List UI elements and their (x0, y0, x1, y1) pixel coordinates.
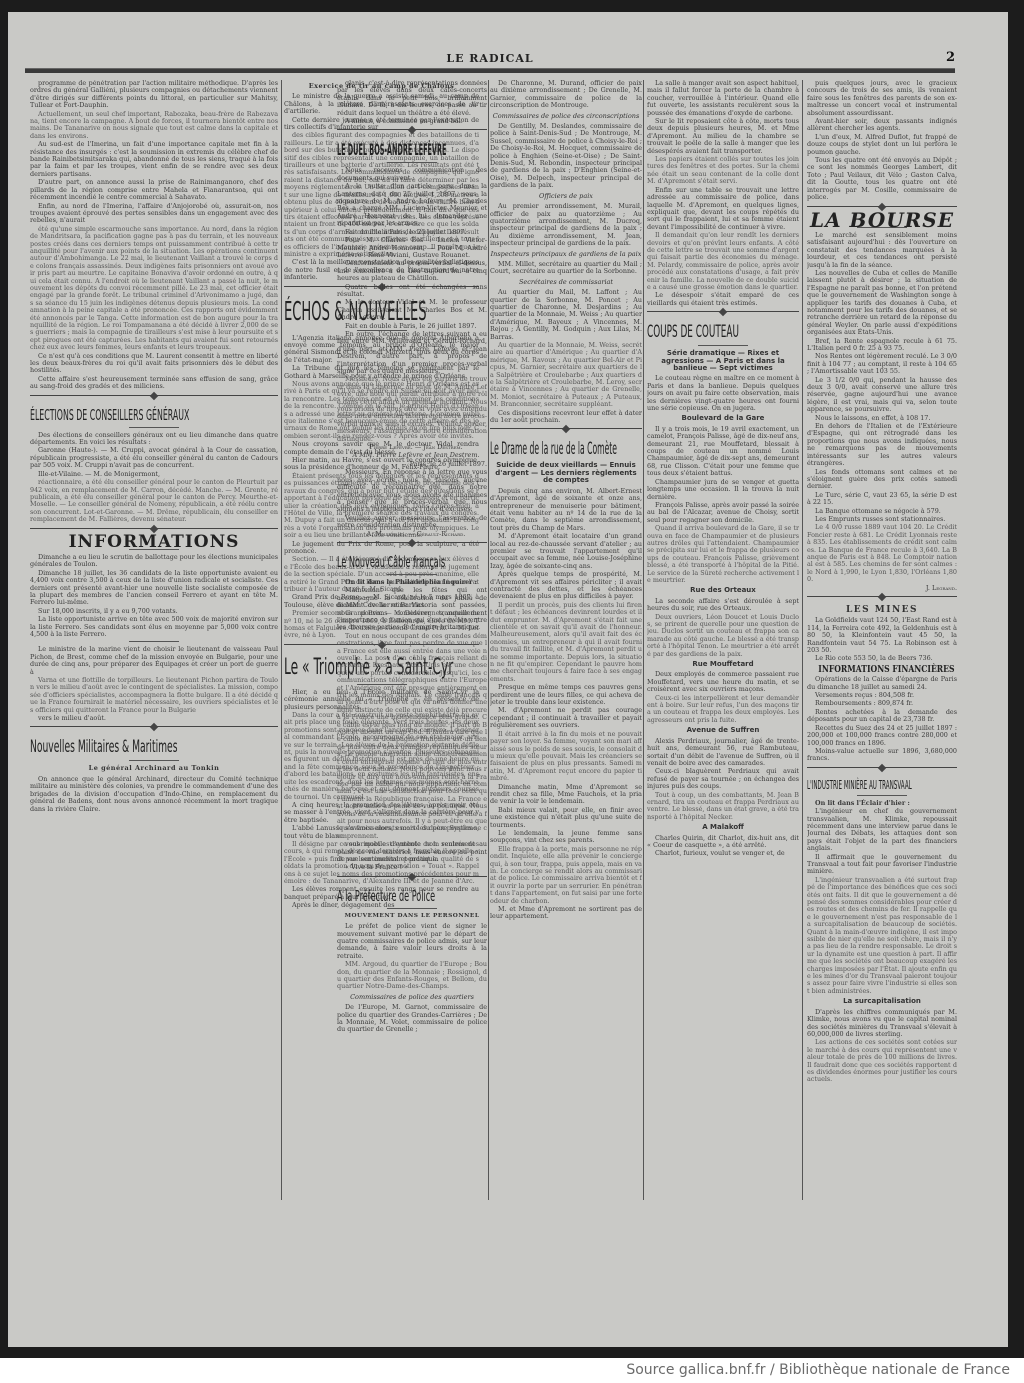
section-subheading: Commissaires de police des circonscripti… (490, 113, 642, 120)
article-text: Fait en double à Paris, le 26 juillet 18… (337, 323, 487, 330)
article-text: Actuellement, un seul chef important, Ra… (30, 111, 278, 141)
article-lead: On lit dans l'Éclair d'hier : (807, 800, 957, 807)
article-text: Ce n'est qu'à ces conditions que M. Laur… (30, 353, 278, 375)
article-text: vous mobile d'entente non seulement au p… (337, 841, 487, 863)
section-subheading: Rue Mouffetard (647, 661, 799, 668)
headline-rule (387, 908, 437, 909)
article-text: Il y a trois mois, le 19 avril exactemen… (647, 426, 799, 478)
article-text: Le couteau règne en maître en ce moment … (647, 375, 799, 412)
headline-nouvelles-militaires: Nouvelles Militaires & Maritimes (30, 737, 179, 757)
article-text: La liste opportuniste arrive en tête ave… (30, 616, 278, 638)
column-divider (488, 80, 489, 1200)
article-text: Tout à coup, un des combattants, M. Jean… (647, 792, 799, 822)
subheadline: Le général Archinard au Tonkin (30, 765, 278, 772)
article-text: Alexis Perdriaux, journalier, âgé de tre… (647, 738, 799, 768)
section-divider (337, 542, 487, 549)
article-text: De Charonne, M. Durand, officier de paix… (490, 80, 642, 110)
article-text: Ille-et-Vilaine. — M. de Monigermont, (30, 471, 278, 478)
article-text: Ceux-ci les interpellèrent et leur deman… (647, 695, 799, 725)
article-text: M. et Mme d'Apremont ne sortirent pas de… (490, 906, 642, 921)
article-text: L'ingénieur en chef du gouvernement tran… (807, 808, 957, 852)
section-divider (30, 726, 278, 733)
article-text: Les fonds ottomans sont calmes et ne s'é… (807, 469, 957, 491)
section-subheading: Rue des Orteaux (647, 587, 799, 594)
section-divider (30, 528, 278, 535)
headline-duel: LE DUEL BOS-ANDRÉ LEFÈVRE (337, 140, 405, 159)
article-text: Enfin sur une table se trouvait une lett… (647, 187, 799, 231)
article-text: Champaumier jura de se venger et guetta … (647, 479, 799, 501)
article-text: Avant-hier soir, deux passants indignés … (807, 118, 957, 133)
article-text: La salle à manger avait son aspect habit… (647, 80, 799, 117)
article-text: Charlot, furieux, voulut se venger et, d… (647, 850, 799, 857)
article-text: Le Rio cote 553 50, la de Beers 736. (807, 655, 957, 662)
section-divider (807, 596, 957, 603)
headline-prefecture-police: A la Préfecture de Police (337, 887, 427, 905)
article-text: François Palisse, après avoir passé la s… (647, 502, 799, 524)
subheadline: Série dramatique — Rixes et agressions —… (647, 350, 799, 372)
article-text: Varna et une flottille de torpilleurs. L… (30, 677, 278, 714)
signature: J. Legrand. (807, 585, 957, 592)
masthead-rule (25, 68, 955, 73)
article-text: Le préfet de police vient de signer le m… (337, 923, 487, 960)
article-text: Il demandait qu'on leur rendît les derni… (647, 232, 799, 291)
article-text: Il affirmait que le gouvernement du Tran… (807, 854, 957, 876)
column-5: La salle à manger avait son aspect habit… (647, 80, 799, 1240)
article-text: A minuit, a commencé un grand bal. (337, 118, 487, 125)
section-subheading: La surcapitalisation (807, 998, 957, 1005)
article-text: La Banque ottomane se négocie à 579. (807, 508, 957, 515)
column-4: De Charonne, M. Durand, officier de paix… (490, 80, 642, 1240)
headline-rule (129, 427, 179, 428)
headline-informations: INFORMATIONS (30, 539, 278, 546)
headline-nouveau-cable: Le Nouveau Câble français (337, 553, 427, 571)
article-text: Les papiers étaient collés sur toutes le… (647, 156, 799, 186)
article-text: Conformément au procès-verbal ci-dessus,… (337, 260, 487, 282)
section-divider (807, 767, 957, 774)
masthead: LE RADICAL 2 (25, 52, 955, 78)
article-text: Veuillez agréer, messieurs, l'assurance … (337, 515, 487, 530)
source-credit: Source gallica.bnf.fr / Bibliothèque nat… (626, 1362, 1010, 1378)
article-text: Messieurs, En réponse à la lettre que vo… (337, 469, 487, 513)
article-text: Au premier arrondissement, M. Murail, of… (490, 203, 642, 247)
article-text: Le lendemain, la jeune femme sans soupço… (490, 830, 642, 845)
article-text: Ceux-ci blaguèrent Perdriaux qui avait r… (647, 768, 799, 790)
article-text: glanis, c'est-à-dire représentations don… (337, 80, 487, 117)
article-text: été qu'une simple escarmouche sans impor… (30, 226, 278, 352)
article-text: Elle frappa à la porte, mais personne ne… (490, 846, 642, 905)
article-text: En outre, l'échange de lettres suivant a… (337, 331, 487, 375)
article-text: Charles Quirin, dit Charlot, dix-huit an… (647, 835, 799, 850)
article-text: puis quelques jours, avec le gracieux co… (807, 80, 957, 117)
section-divider (337, 876, 487, 883)
article-text: M. d'Apremont était locataire d'un grand… (490, 533, 642, 570)
article-text: Recettes du Suez des 24 et 25 juillet 18… (807, 725, 957, 747)
section-subheading: Commissaires de police des quartiers (337, 994, 487, 1001)
article-text: Après quelque temps de prospérité, M. d'… (490, 571, 642, 601)
article-text: De l'Europe, M. Garnot, commissaire de p… (337, 1004, 487, 1034)
page-number: 2 (946, 50, 955, 65)
article-lead: On lit dans le Philadelphia Inquirer : (337, 579, 487, 586)
column-1: programme de pénétration par l'action mi… (30, 80, 278, 1240)
article-text: Nos Rentes ont légèrement reculé. Le 3 0… (807, 353, 957, 375)
headline-les-mines: LES MINES (807, 607, 957, 614)
article-text: D'autre part, on annonce aussi la prise … (30, 179, 278, 201)
article-text: Presque en même temps ces pauvres gens p… (490, 684, 642, 706)
article-text: Messieurs, Nous avons été surpris de tro… (337, 376, 487, 443)
article-text: L'un d'eux, M. Alfred Duflot, fut frappé… (807, 134, 957, 156)
signature: A. Millerand. — Gérault-Richard. (337, 531, 487, 538)
section-subheading: Inspecteurs principaux de gardiens de la… (490, 251, 642, 258)
article-text: Le Turc, série C, vaut 23 65, la série D… (807, 492, 957, 507)
headline-rule (698, 345, 748, 346)
article-text: Garonne (Haute-). — M. Cruppi, avocat gé… (30, 447, 278, 469)
article-text: Cette affaire s'est heureusement terminé… (30, 376, 278, 391)
article-text: Ces dispositions recevront leur effet à … (490, 410, 642, 425)
article-text: En dehors de l'Italien et de l'Extérieur… (807, 423, 957, 467)
article-text: De Gentilly, M. Deslandes, commissaire d… (490, 123, 642, 190)
article-text: Les actions de ces sociétés sont cotées … (807, 1039, 957, 1083)
section-divider (647, 311, 799, 318)
divider-rule (129, 641, 179, 642)
article-text: Babi mieux valait, pour elle, en finir a… (490, 807, 642, 829)
article-text: Le désespoir s'était emparé de ces vieil… (647, 292, 799, 307)
article-text: Il était arrivé à la fin du mois et ne p… (490, 731, 642, 783)
article-text: MM. Millet, secrétaire au quartier du Ma… (490, 261, 642, 276)
section-subheading: Secrétaires de commissariat (490, 279, 642, 286)
article-text: L'ingénieur transvaalien a été surtout f… (807, 877, 957, 996)
article-text: Le ministre de la marine vient de choisi… (30, 646, 278, 676)
article-text: Rentes achetées à la demande des déposan… (807, 709, 957, 724)
article-text: Il perdit un procès, puis des clients lu… (490, 602, 642, 683)
article-text: Les Emprunts russes sont stationnaires. (807, 516, 957, 523)
article-text: Des élections de conseillers généraux on… (30, 432, 278, 447)
article-text: Tous les quatre ont été envoyés au Dépôt… (807, 157, 957, 201)
headline-informations-financieres: INFORMATIONS FINANCIÈRES (818, 667, 946, 674)
article-text: Sur 18,000 inscrits, il y a eu 9,700 vot… (30, 608, 278, 615)
addressee: A MM. Pierre Lefèvre et Jean Destrem. (337, 452, 487, 459)
article-text: programme de pénétration par l'action mi… (30, 80, 278, 110)
article-text: Enfin, au nord de l'Imerina, l'affaire d… (30, 203, 278, 225)
section-subheading: Boulevard de la Gare (647, 415, 799, 422)
headline-coups-de-couteau: COUPS DE COUTEAU (647, 322, 735, 342)
section-subheading: A Malakoff (647, 824, 799, 831)
article-text: Versements reçus : 804,508 fr. (807, 692, 957, 699)
newspaper-title: LE RADICAL (25, 52, 955, 65)
article-text: Maintenant que les fêtes qui ont accompa… (337, 587, 487, 631)
article-text: Dimanche 18 juillet, les 36 candidats de… (30, 570, 278, 607)
section-subheading: Avenue de Suffren (647, 727, 799, 734)
article-text: Opérations de la Caisse d'épargne de Par… (807, 676, 957, 691)
article-text: Nous le laissons, en effet, à 108 17. (807, 415, 957, 422)
section-divider (337, 129, 487, 136)
article-text: A la suite d'un article paru dans la Lan… (337, 183, 487, 227)
article-text: M. d'Apremont ne perdit pas courage cepe… (490, 707, 642, 729)
article-text: Sur le lit reposaient côte à côte, morts… (647, 118, 799, 155)
headline-industrie-miniere: L'INDUSTRIE MINIÈRE AU TRANSVAAL (807, 778, 885, 792)
article-text: Deux employés de commerce passaient rue … (647, 671, 799, 693)
article-text: MM. Argoud, du quartier de l'Europe ; Bo… (337, 961, 487, 991)
section-subheading: Officiers de paix (490, 193, 642, 200)
column-3: glanis, c'est-à-dire représentations don… (337, 80, 487, 1240)
column-divider (281, 80, 282, 1200)
article-text: Pour M. Charles Bos : Lucien Victor-Meun… (337, 237, 487, 259)
headline-rule (387, 162, 437, 163)
headline-rule (129, 760, 179, 761)
article-text: Le marché est sensiblement moins satisfa… (807, 232, 957, 269)
article-text: Au quartier de la Monnaie, M. Weiss, sec… (490, 342, 642, 409)
article-text: La seconde affaire s'est déroulée à sept… (647, 598, 799, 613)
article-text: Le 3 1/2 0/0 qui, pendant la hausse des … (807, 377, 957, 414)
article-text: Les nouvelles de Cuba et celles de Manil… (807, 270, 957, 337)
article-text: Quand il arriva boulevard de la Gare, il… (647, 525, 799, 584)
article-text: « Vive la France ! » (337, 864, 487, 871)
section-divider (807, 206, 957, 213)
signature: Pierre Lefèvre. — Jean Destrem. (337, 444, 487, 451)
article-text: Quatre balles ont été échangées sans rés… (337, 284, 487, 299)
column-6: puis quelques jours, avec le gracieux co… (807, 80, 957, 1240)
article-text: D'après les chiffres communiqués par M. … (807, 1009, 957, 1039)
headline-rule (387, 574, 437, 575)
article-text: Moins-value actuelle sur 1896, 3,680,000… (807, 748, 957, 763)
article-text: On annonce que le général Archinard, dir… (30, 776, 278, 813)
article-text: réactionnaire, a été élu conseiller géné… (30, 479, 278, 523)
article-text: Remboursements : 809,874 fr. (807, 700, 957, 707)
column-divider (802, 80, 803, 1200)
subheadline: MOUVEMENT DANS LE PERSONNEL (337, 913, 487, 920)
article-text: Au quartier du Mail, M. Laffont ; Au qua… (490, 289, 642, 341)
headline-rule (857, 795, 907, 796)
article-text: Le 4 0/0 russe 1889 vaut 104 20. Le Créd… (807, 524, 957, 583)
article-text: vers le milieu d'août. (30, 715, 278, 722)
subheadline: Suicide de deux vieillards — Ennuis d'ar… (490, 462, 642, 484)
article-text: Au sud-est de l'Imerina, un fait d'une i… (30, 141, 278, 178)
section-divider (490, 428, 642, 435)
article-text: La Goldfields vaut 124 50, l'East Rand e… (807, 617, 957, 654)
article-text: Dimanche a eu lieu le scrutin de ballott… (30, 554, 278, 569)
section-divider (30, 395, 278, 402)
article-text: Tout en nous occupant de ces grandes dém… (337, 633, 487, 840)
column-divider (643, 80, 644, 1200)
article-text: Depuis cinq ans environ, M. Albert-Ernes… (490, 488, 642, 532)
article-text: Deux ouvriers, Léon Doucet et Louis Ducl… (647, 614, 799, 658)
headline-la-bourse: LA BOURSE (807, 217, 957, 224)
article-text: Fait double à Paris, le 25 juillet 1897. (337, 229, 487, 236)
article-text: Bref, la Rente espagnole recule à 61 75.… (807, 338, 957, 353)
article-text: Dimanche matin, Mme d'Apremont se rendit… (490, 784, 642, 806)
headline-elections: ÉLECTIONS DE CONSEILLERS GÉNÉRAUX (30, 406, 174, 424)
article-text: Nous recevons communication des document… (337, 167, 487, 182)
headline-drame-rue-comete: Le Drame de la rue de la Comète (490, 439, 566, 459)
article-text: M. le docteur Vidal et M. le professeur … (337, 299, 487, 321)
